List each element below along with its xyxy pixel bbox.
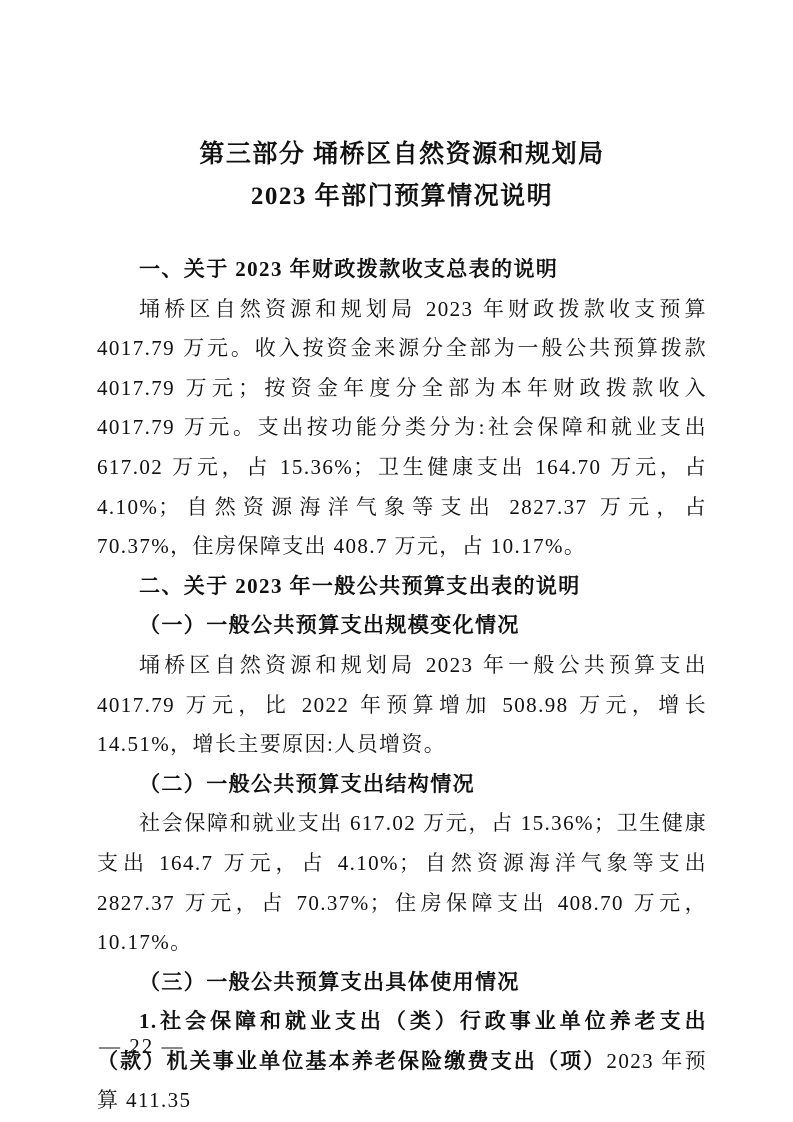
paragraph-item-1: 1.社会保障和就业支出（类）行政事业单位养老支出（款）机关事业单位基本养老保险缴…	[97, 1002, 707, 1121]
subsection-heading-scale-change: （一）一般公共预算支出规模变化情况	[97, 606, 707, 646]
document-title: 第三部分 埇桥区自然资源和规划局 2023 年部门预算情况说明	[97, 134, 707, 218]
title-line-1: 第三部分 埇桥区自然资源和规划局	[97, 134, 707, 176]
paragraph-structure: 社会保障和就业支出 617.02 万元，占 15.36%；卫生健康支出 164.…	[97, 804, 707, 962]
section-heading-fiscal-appropriation: 一、关于 2023 年财政拨款收支总表的说明	[97, 250, 707, 290]
subsection-heading-structure: （二）一般公共预算支出结构情况	[97, 765, 707, 805]
title-line-2: 2023 年部门预算情况说明	[97, 176, 707, 218]
subsection-heading-specific-use: （三）一般公共预算支出具体使用情况	[97, 963, 707, 1003]
document-page: 第三部分 埇桥区自然资源和规划局 2023 年部门预算情况说明 一、关于 202…	[0, 0, 793, 1122]
page-number: — 22 —	[99, 1034, 185, 1058]
page-footer: — 22 —	[99, 1034, 185, 1059]
document-body: 一、关于 2023 年财政拨款收支总表的说明 埇桥区自然资源和规划局 2023 …	[97, 250, 707, 1121]
section-heading-general-budget: 二、关于 2023 年一般公共预算支出表的说明	[97, 567, 707, 607]
paragraph-fiscal-appropriation: 埇桥区自然资源和规划局 2023 年财政拨款收支预算 4017.79 万元。收入…	[97, 290, 707, 567]
paragraph-scale-change: 埇桥区自然资源和规划局 2023 年一般公共预算支出 4017.79 万元，比 …	[97, 646, 707, 765]
